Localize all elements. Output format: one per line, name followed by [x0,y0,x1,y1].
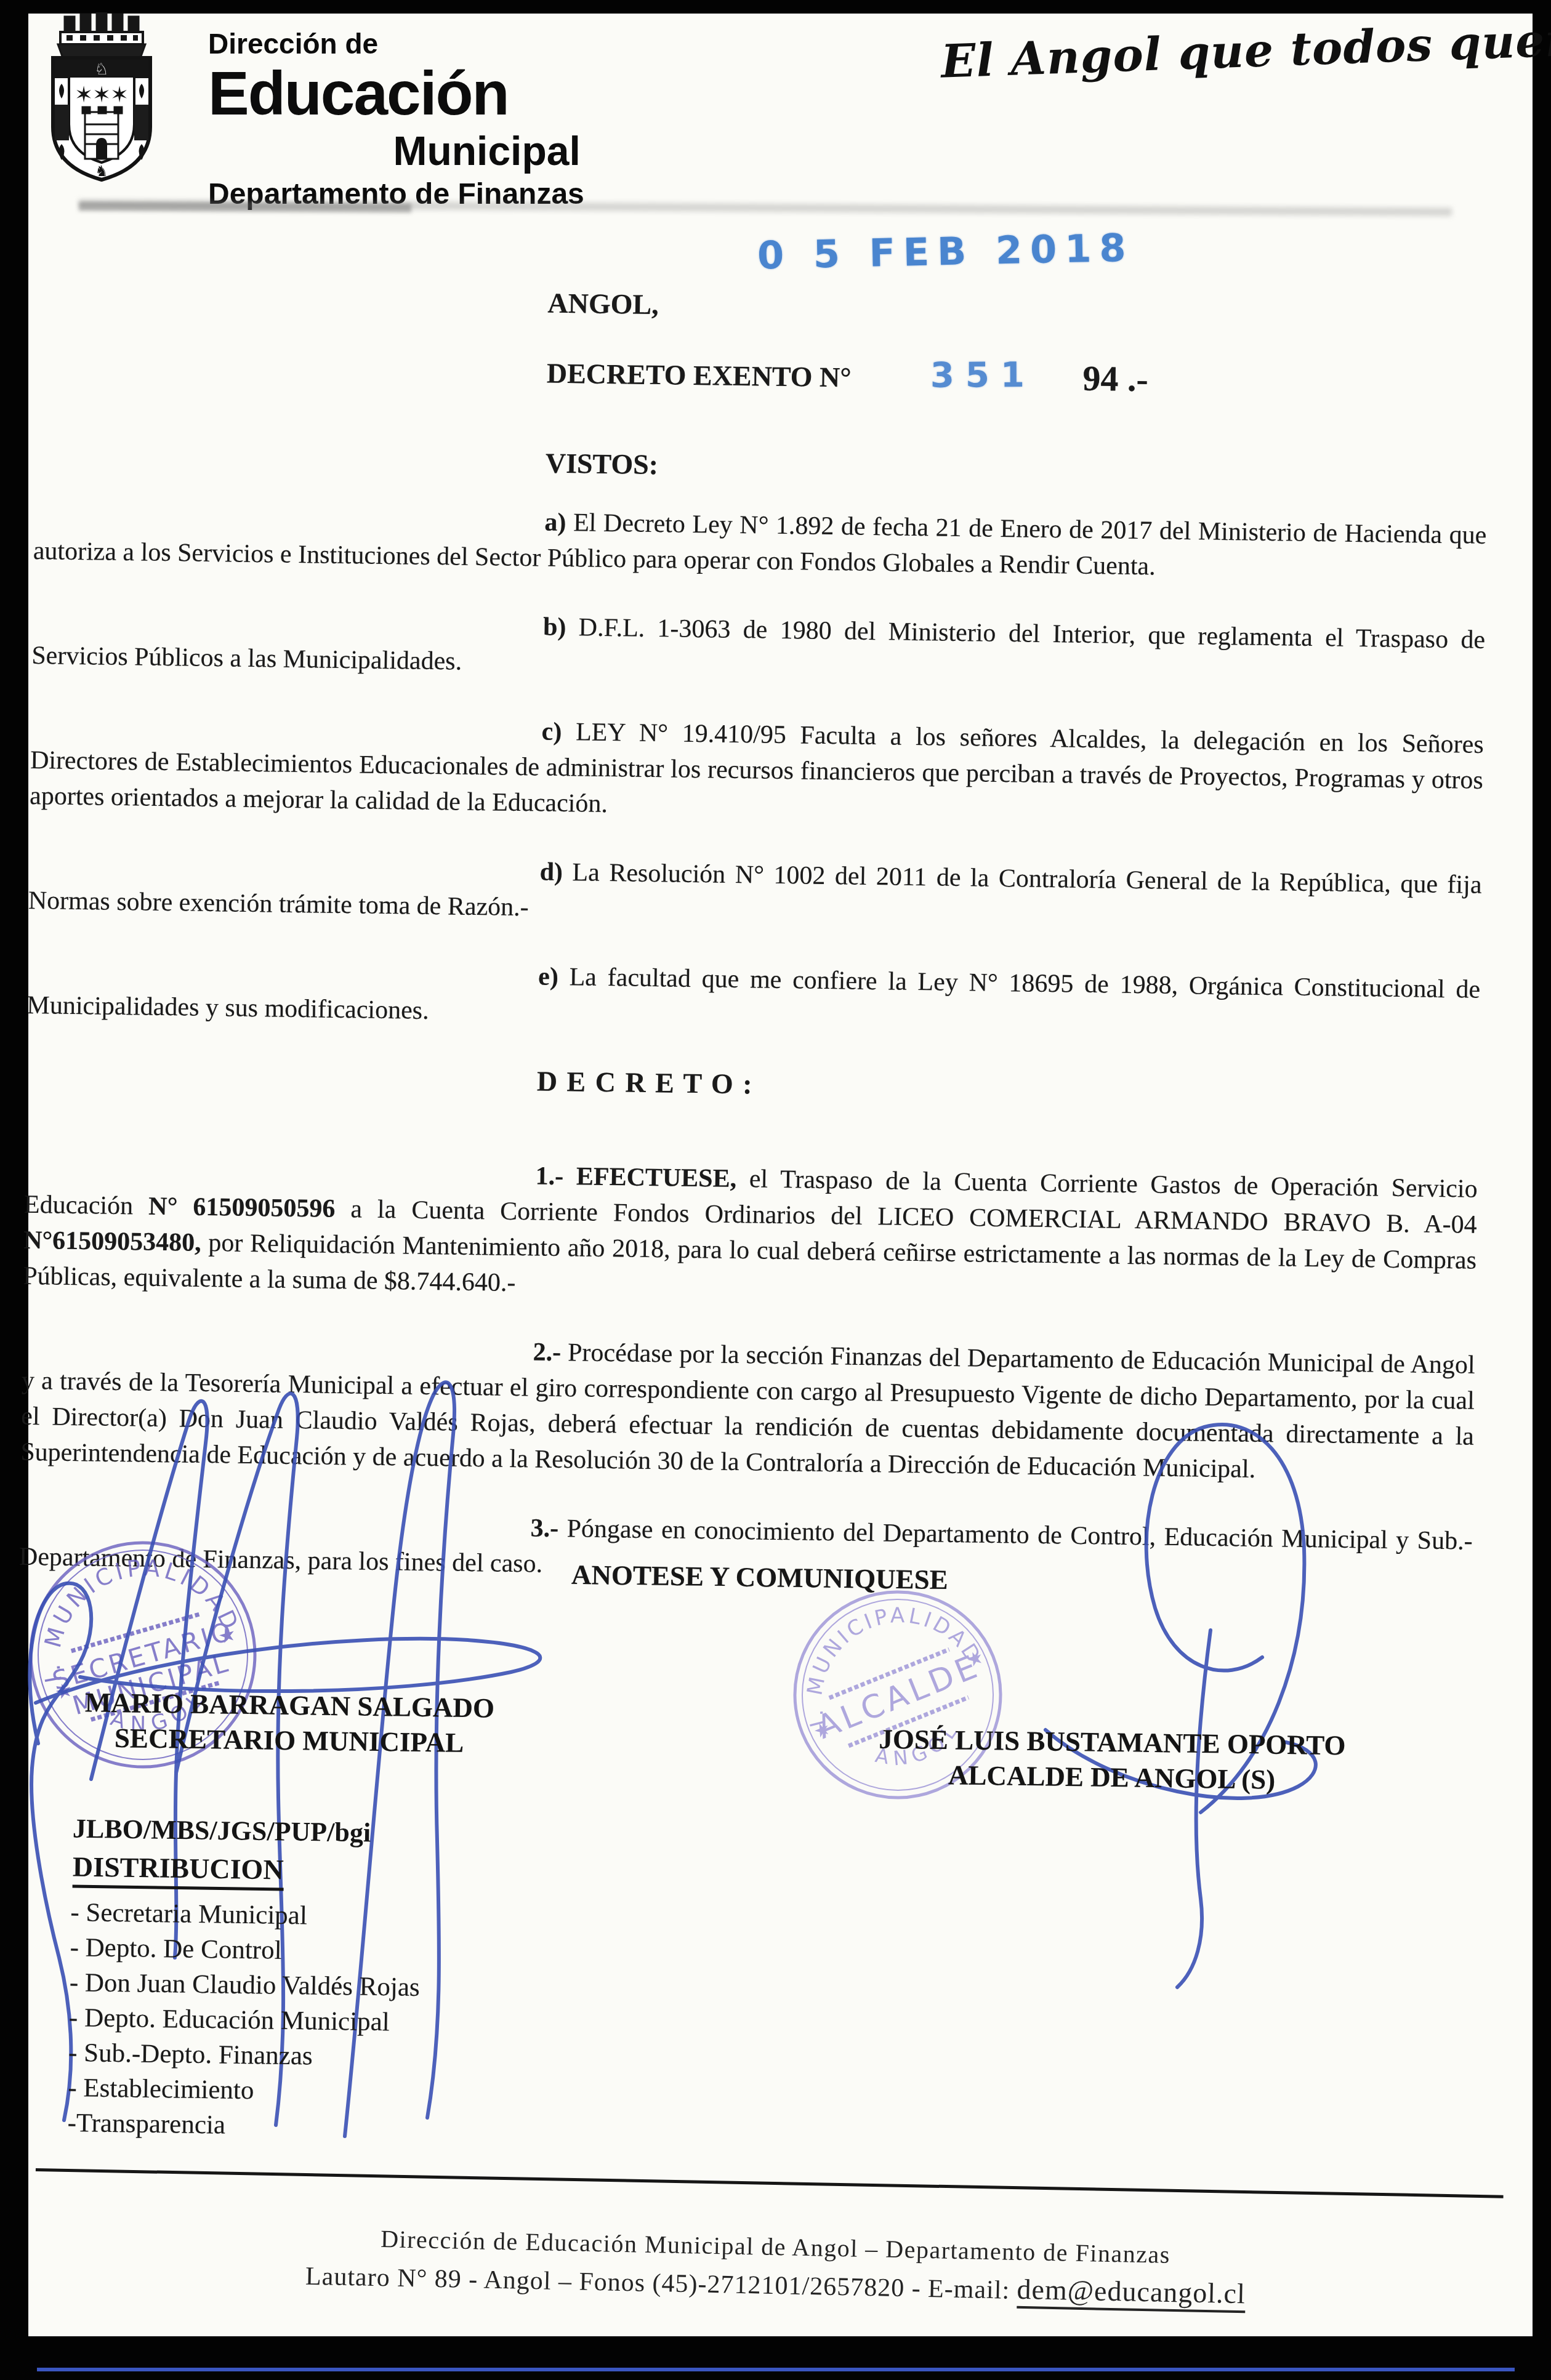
item-text: El Decreto Ley N° 1.892 de fecha 21 de E… [33,509,1486,581]
distribution-heading: DISTRIBUCION [73,1851,284,1891]
item-text: LEY N° 19.410/95 Faculta a los señores A… [30,718,1484,818]
paragraph-text: por Reliquidación Mantenimiento año 2018… [23,1229,1476,1297]
secretary-signature-block: MARIO BARRAGAN SALGADO SECRETARIO MUNICI… [67,1685,512,1761]
item-letter: a) [544,509,566,537]
vistos-item-e: e) La facultad que me confiere la Ley N°… [26,952,1480,1043]
item-letter: e) [538,962,558,991]
svg-text:✶: ✶ [110,82,129,108]
scan-smudge [79,202,411,213]
item-letter: d) [539,858,563,886]
account-number: N°61509053480, [23,1226,201,1257]
paragraph-lead: 3.- [530,1514,558,1543]
distribution-item: - Sub.-Depto. Finanzas [68,2035,419,2075]
header-org-line3: Municipal [208,131,584,171]
item-letter: c) [541,718,562,746]
vistos-heading: VISTOS: [545,446,1488,494]
typed-decree-number: 94 .- [1082,358,1148,399]
footer-email: dem@educangol.cl [1017,2273,1246,2313]
paragraph-text: Procédase por la sección Finanzas del De… [20,1338,1475,1484]
distribution-item: - Secretaria Municipal [70,1895,421,1935]
secretary-name: MARIO BARRAGAN SALGADO [68,1685,512,1726]
vistos-item-c: c) LEY N° 19.410/95 Faculta a los señore… [30,707,1484,834]
item-text: La Resolución N° 1002 del 2011 de la Con… [28,858,1482,922]
angol-coat-of-arms-logo: ♘ ✶ ✶ ✶ ♞ [39,12,165,191]
svg-text:✶: ✶ [92,82,111,108]
mayor-name: JOSÉ LUIS BUSTAMANTE OPORTO [878,1722,1347,1764]
distribution-list: - Secretaria Municipal - Depto. De Contr… [67,1895,421,2145]
item-letter: b) [543,613,566,642]
decree-number-label: DECRETO EXENTO N° [547,358,852,393]
mayor-signature-block: JOSÉ LUIS BUSTAMANTE OPORTO ALCALDE DE A… [877,1722,1347,1799]
decreto-paragraph-1: 1.- EFECTUESE, el Traspaso de la Cuenta … [23,1151,1478,1314]
svg-text:♞: ♞ [95,163,108,180]
item-text: La facultad que me confiere la Ley N° 18… [26,963,1480,1025]
svg-text:✶: ✶ [75,82,93,108]
vistos-item-d: d) La Resolución N° 1002 del 2011 de la … [28,847,1481,939]
distribution-item: -Transparencia [67,2105,418,2145]
date-received-stamp: 0 5 FEB 2018 [757,225,1134,278]
scan-edge-blue-line [37,2368,1515,2371]
distribution-item: - Don Juan Claudio Valdés Rojas [69,1965,420,2005]
vistos-item-b: b) D.F.L. 1-3063 de 1980 del Ministerio … [31,602,1485,694]
header-org-line1: Dirección de [208,30,584,58]
vistos-item-a: a) El Decreto Ley N° 1.892 de fecha 21 d… [33,497,1486,589]
distribution-item: - Depto. De Control [70,1930,421,1970]
decreto-heading: D E C R E T O : [536,1063,1479,1112]
closing-line: ANOTESE Y COMUNIQUESE [571,1559,948,1596]
item-text: D.F.L. 1-3063 de 1980 del Ministerio del… [31,613,1485,675]
secretary-title: SECRETARIO MUNICIPAL [67,1720,511,1761]
initials-line: JLBO/MBS/JGS/PUP/bgi [73,1813,371,1849]
decreto-paragraph-2: 2.- Procédase por la sección Finanzas de… [20,1327,1475,1490]
paragraph-lead: 1.- EFECTUESE, [535,1162,736,1193]
header-org-line2: Educación [208,63,584,124]
svg-text:♘: ♘ [94,60,108,79]
decree-body: ANGOL, DECRETO EXENTO N° 351 94 .- VISTO… [18,278,1490,1628]
header-org-block: Dirección de Educación Municipal Departa… [208,30,584,209]
paragraph-lead: 2.- [533,1338,561,1367]
decree-number-line: DECRETO EXENTO N° 351 94 .- [546,353,1489,406]
mayor-title: ALCALDE DE ANGOL (S) [877,1757,1346,1799]
account-number: N° 61509050596 [148,1192,336,1223]
distribution-item: - Establecimiento [68,2070,419,2110]
distribution-item: - Depto. Educación Municipal [69,2000,420,2040]
stamped-decree-number: 351 [930,358,1036,394]
